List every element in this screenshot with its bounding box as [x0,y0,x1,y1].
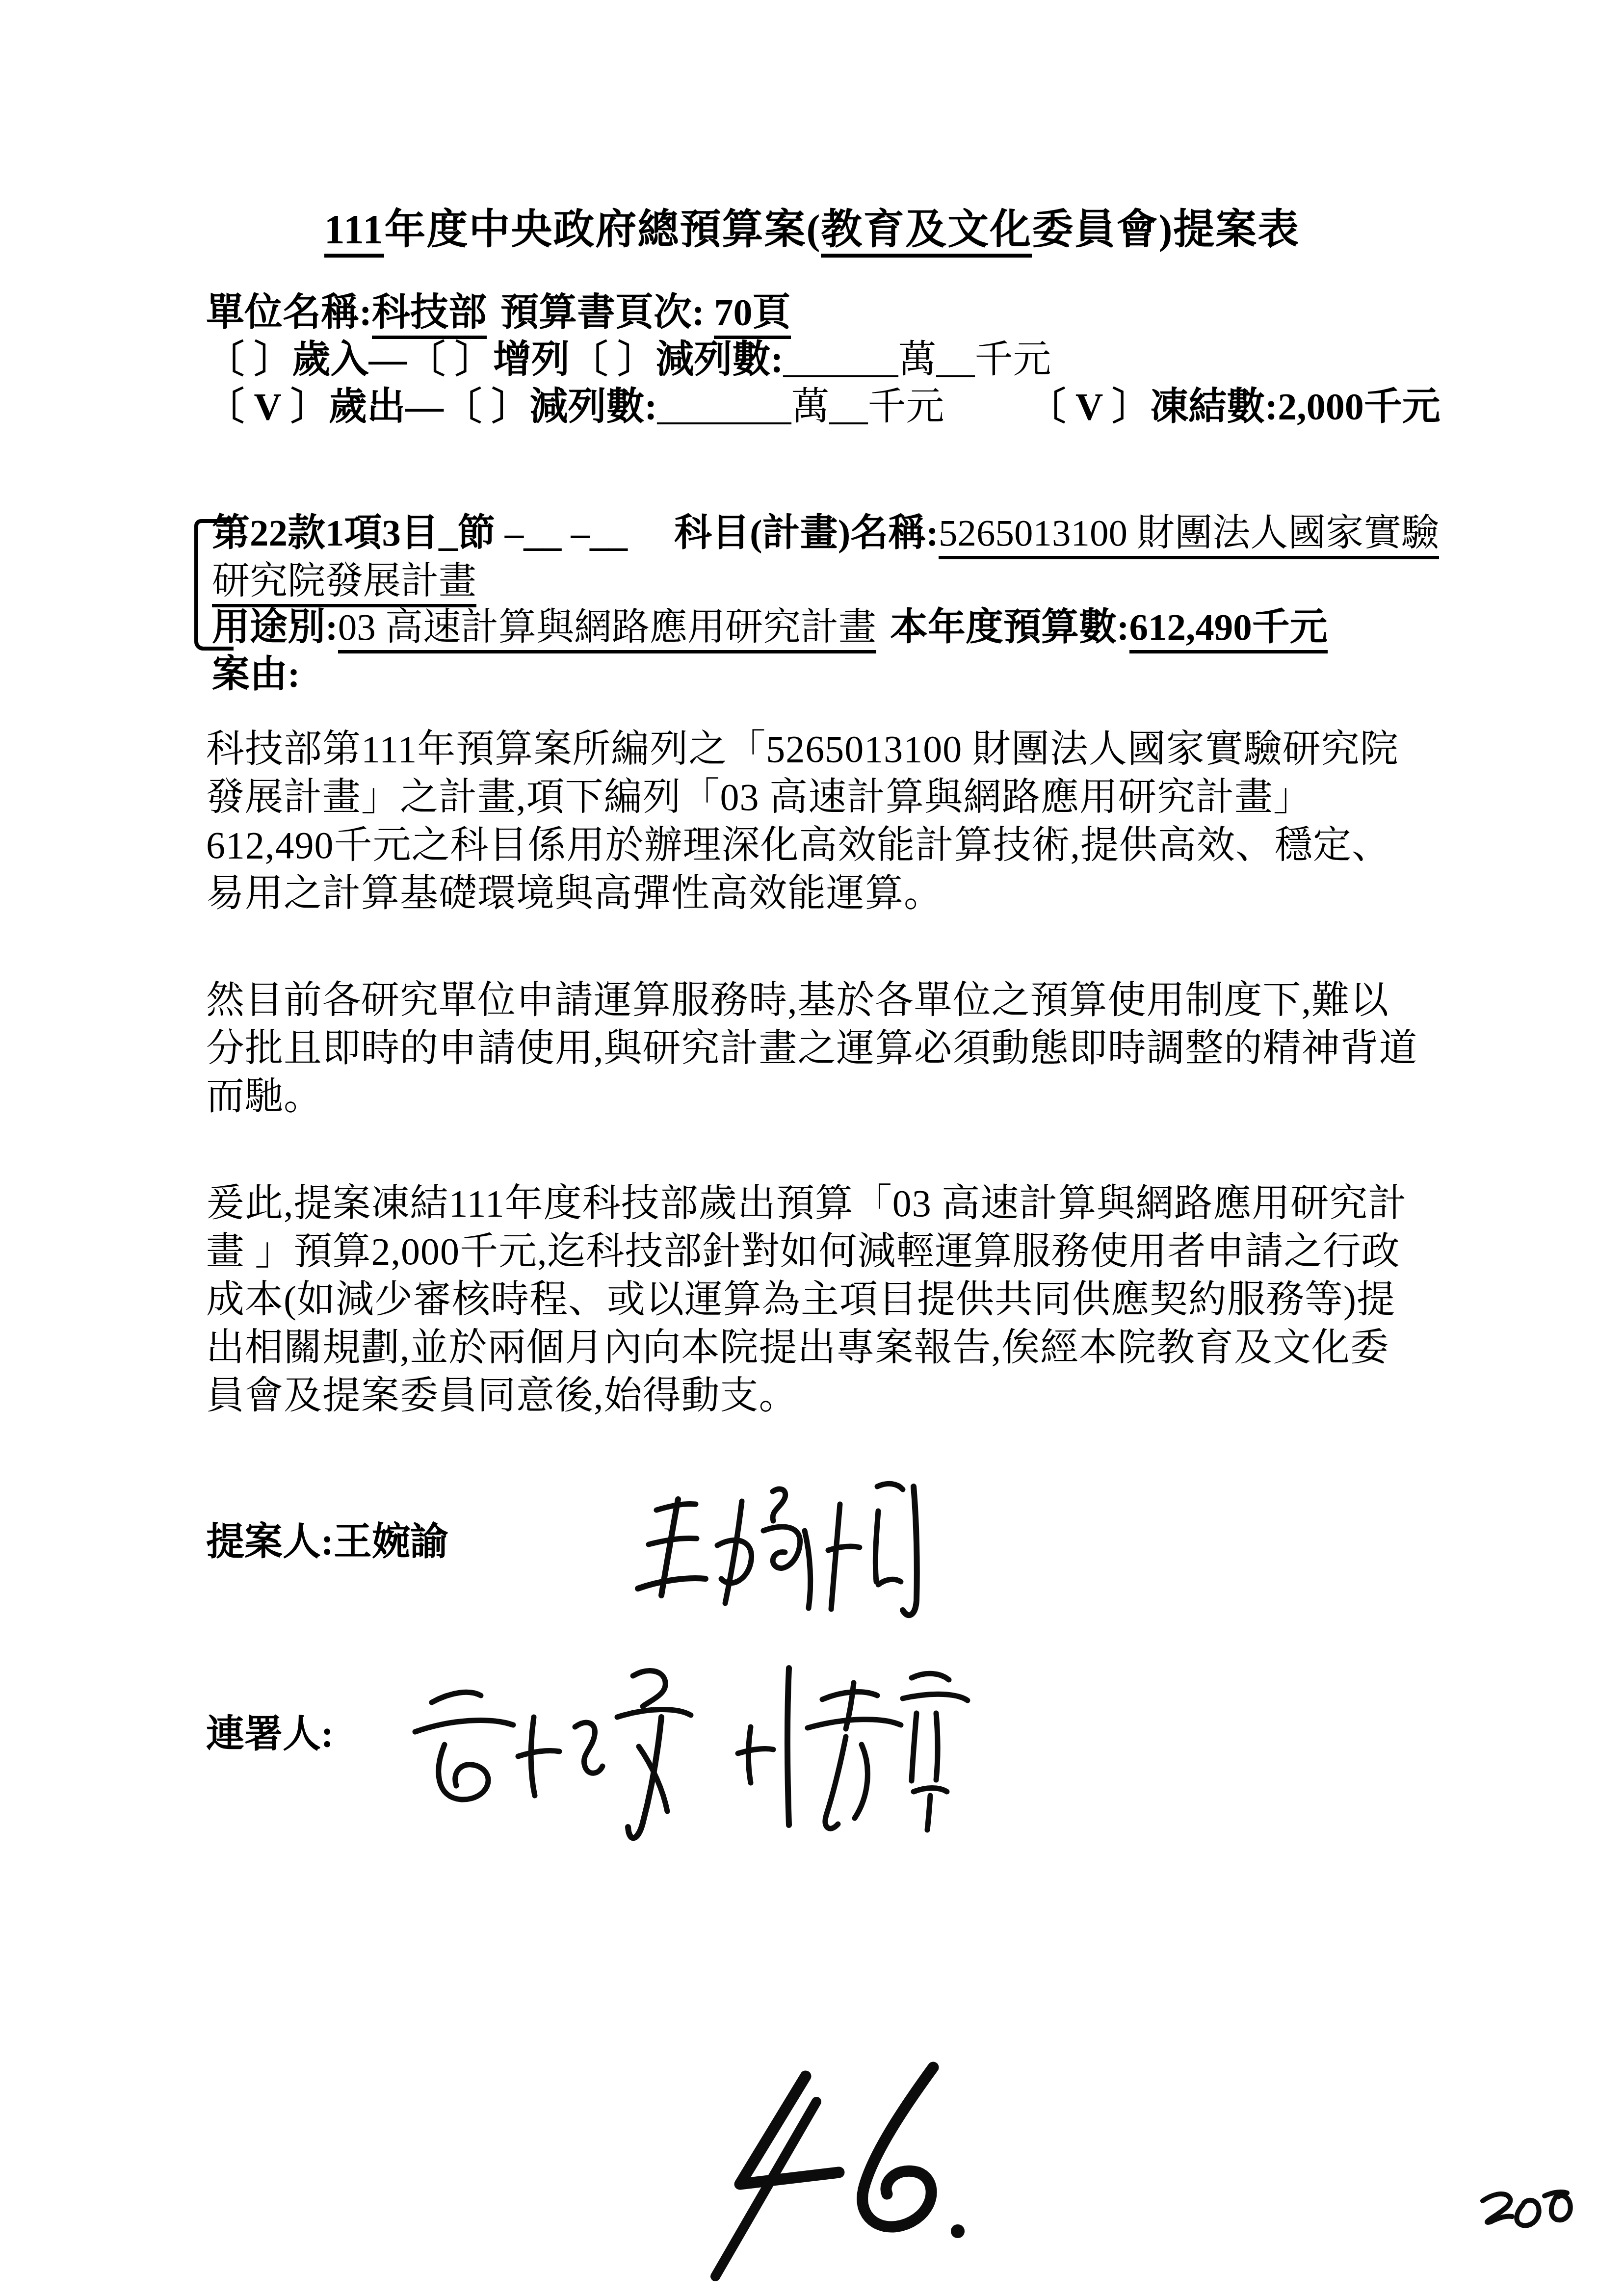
handwriting-layer: 王婉諭 [0,0,1624,2296]
proposer-signature: 王婉諭 [638,1484,917,1615]
cosigner-signature-2 [738,1668,968,1830]
document-page: 111年度中央政府總預算案(教育及文化委員會)提案表 單位名稱:科技部預算書頁次… [0,0,1624,2296]
handwritten-corner-number: 200 [1483,2192,1571,2225]
cosigner-signature-1 [415,1671,691,1838]
handwritten-page-number: 46. [715,2067,965,2276]
